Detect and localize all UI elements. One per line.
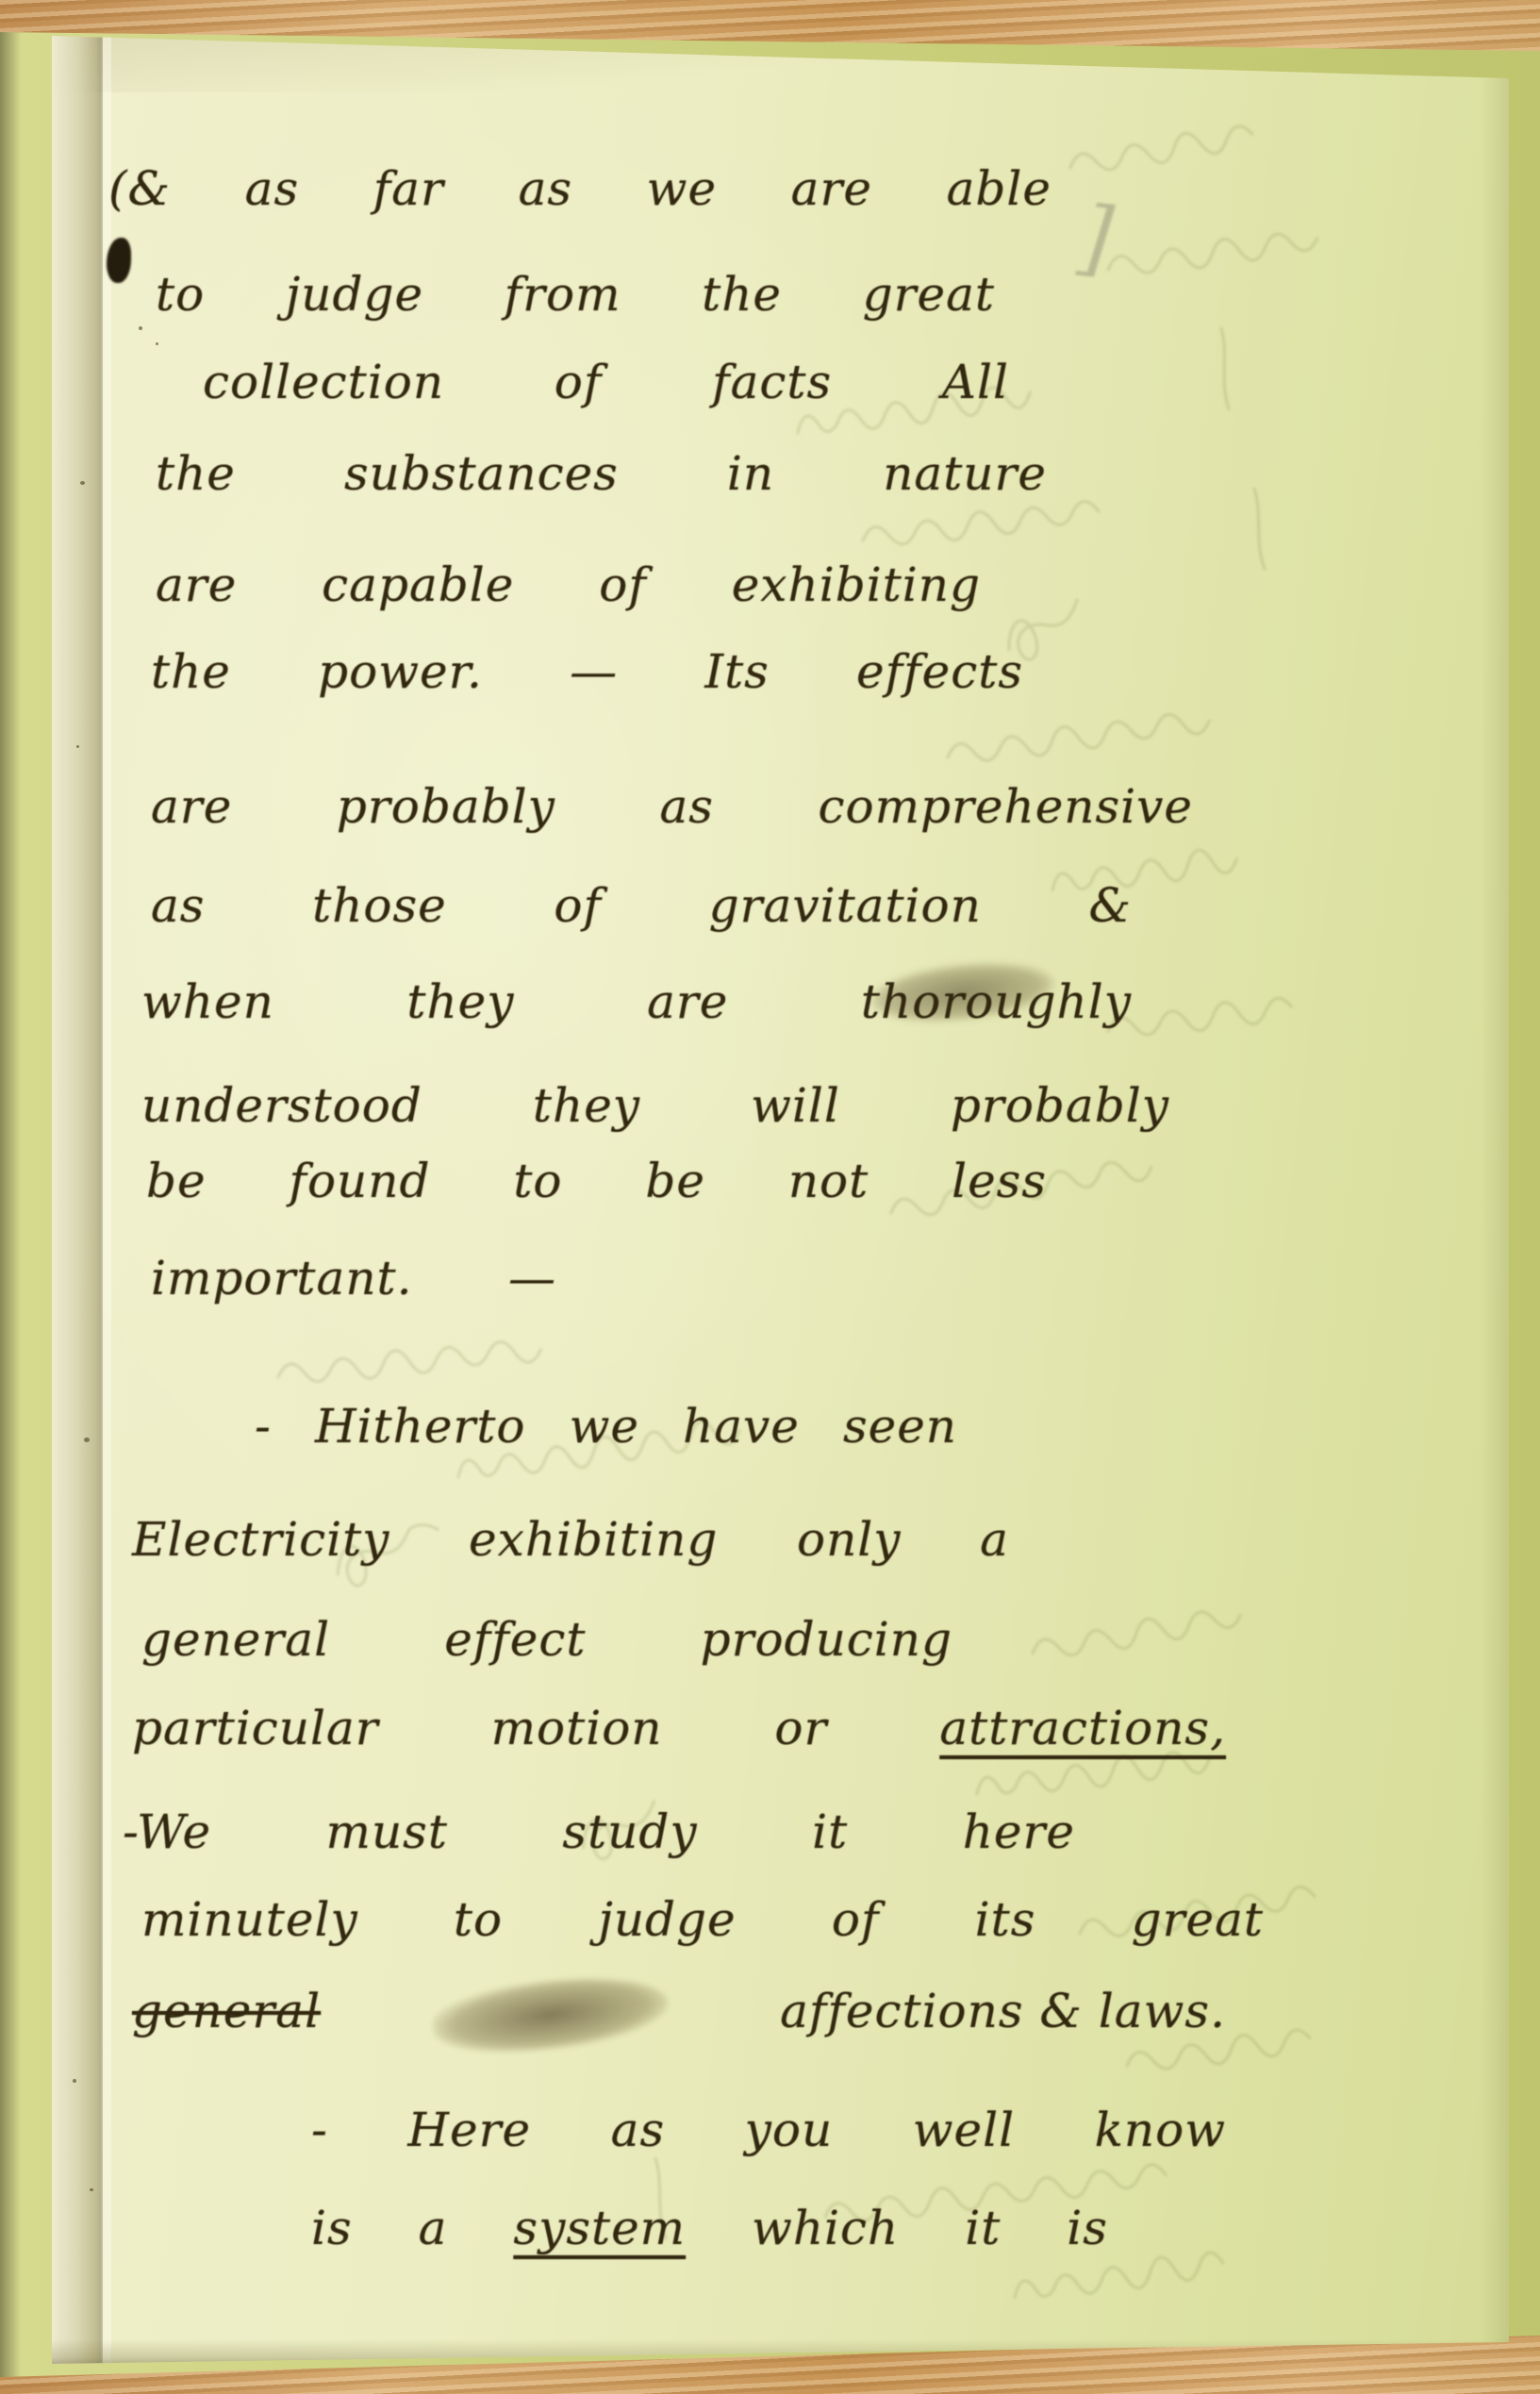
manuscript-line: collection of facts All [203, 352, 1009, 413]
paper-speck [73, 2079, 76, 2083]
word: which [752, 2198, 899, 2259]
manuscript-line: the power. — Its effects [151, 641, 1023, 703]
struck-word: general [132, 1981, 321, 2049]
manuscript-line: are probably as comprehensive [151, 776, 1193, 838]
manuscript-line: general affections & laws. [132, 1981, 1226, 2049]
manuscript-line: minutely to judge of its great [141, 1889, 1264, 1951]
manuscript-line: important. — [151, 1248, 556, 1309]
word: motion [491, 1698, 663, 1759]
word: is [311, 2198, 353, 2259]
photographed-manuscript-scene: ] (& as far as we are able to judge from… [0, 0, 1540, 2394]
ink-speck [139, 326, 142, 330]
word: particular [132, 1698, 379, 1759]
spine-highlight [103, 26, 111, 2368]
manuscript-line: are capable of exhibiting [156, 555, 981, 616]
ink-blot [107, 238, 131, 283]
manuscript-line: be found to be not less [146, 1151, 1047, 1212]
word: or [774, 1698, 827, 1759]
ink-smear [429, 1967, 671, 2063]
pencil-bracket-mark: ] [1075, 187, 1118, 287]
manuscript-line: to judge from the great [156, 264, 995, 325]
manuscript-line: general effect producing [141, 1609, 952, 1671]
manuscript-line: Electricity exhibiting only a [132, 1509, 1009, 1571]
manuscript-line: the substances in nature [156, 443, 1047, 505]
word: it [965, 2198, 1001, 2259]
word: is [1067, 2198, 1108, 2259]
paper-speck [84, 1438, 90, 1442]
manuscript-line: particular motion or attractions, [132, 1698, 1226, 1759]
ink-speck [156, 342, 158, 345]
paper-speck [80, 481, 85, 485]
manuscript-line: -We must study it here [123, 1802, 1075, 1863]
manuscript-line: (& as far as we are able [108, 158, 1052, 220]
manuscript-line: as those of gravitation & [151, 875, 1132, 937]
manuscript-line: is a system which it is [311, 2198, 1108, 2259]
word: affections & laws. [780, 1981, 1226, 2049]
manuscript-line: - Here as you well know [311, 2100, 1226, 2161]
paper-speck [90, 2188, 93, 2191]
manuscript-page: ] (& as far as we are able to judge from… [52, 26, 1509, 2368]
word: a [419, 2198, 448, 2259]
manuscript-line: - Hitherto we have seen [255, 1396, 957, 1457]
paper-speck [76, 745, 79, 748]
binding-spine-strip [52, 26, 103, 2368]
underlined-word: system [513, 2198, 686, 2259]
manuscript-line: when they are thoroughly [141, 972, 1132, 1033]
page-right-shading [1481, 26, 1509, 2368]
underlined-word: attractions, [939, 1698, 1226, 1759]
manuscript-line: understood they will probably [141, 1075, 1169, 1137]
